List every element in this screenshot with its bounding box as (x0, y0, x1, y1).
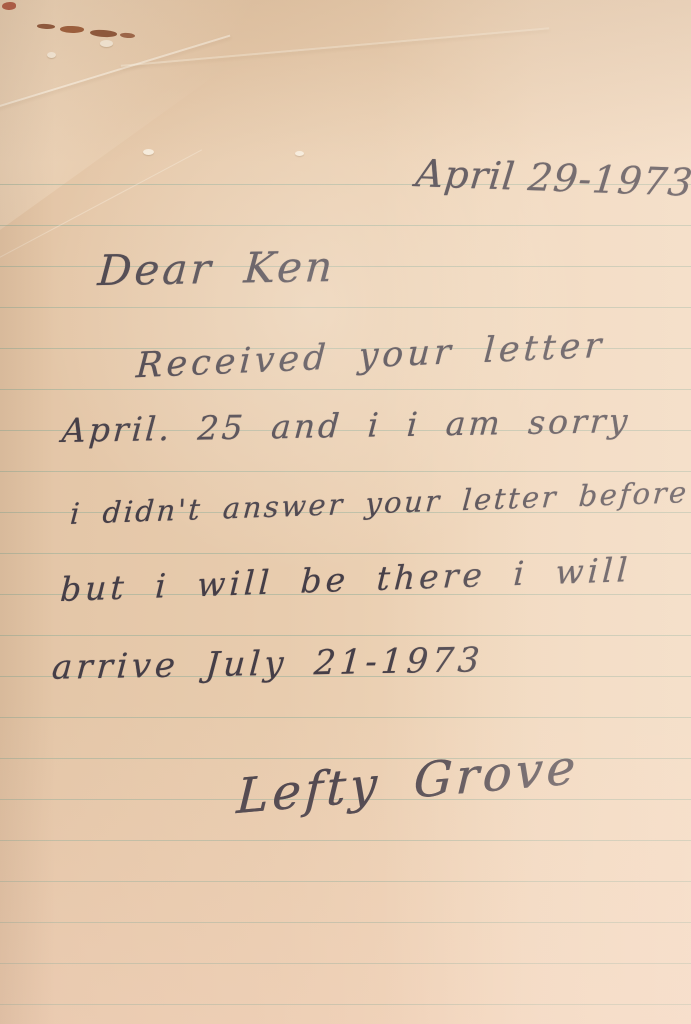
date-line: April 29-1973 (414, 151, 691, 205)
corner-fold-sheen (0, 0, 320, 230)
fold-crease-top (121, 27, 550, 66)
body-line: arrive July 21-1973 (51, 640, 485, 688)
tape-stain-speck (120, 32, 135, 39)
body-line: but i will be there i will (59, 550, 632, 609)
tape-stain-speck (60, 25, 84, 33)
paper-chip-mark (100, 40, 113, 47)
tape-stain-speck (37, 23, 55, 29)
salutation-line: Dear Ken (96, 242, 337, 295)
paper-chip-mark (295, 151, 304, 156)
fold-crease-top-left (0, 35, 230, 116)
letter-paper: April 29-1973 Dear Ken Received your let… (0, 0, 691, 1024)
body-line: Received your letter (135, 326, 606, 387)
paper-chip-mark (47, 52, 56, 58)
body-line: i didn't answer your letter before (69, 475, 690, 531)
red-corner-mark (2, 2, 16, 10)
paper-chip-mark (143, 149, 154, 155)
tape-stain-speck (90, 29, 118, 38)
body-line: April. 25 and i i am sorry (61, 401, 632, 450)
signature: Lefty Grove (235, 739, 580, 825)
